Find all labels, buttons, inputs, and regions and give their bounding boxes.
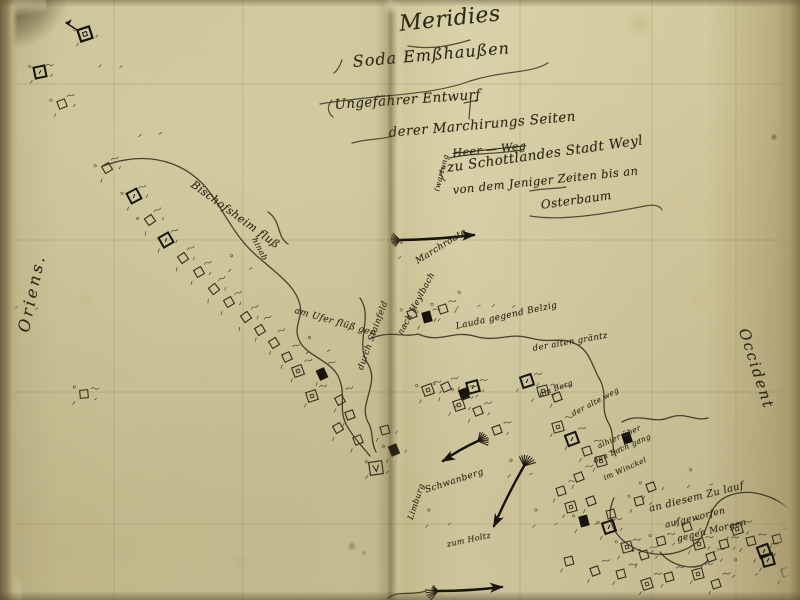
manuscript-map-photo: Meridies Oriens. Occident Soda Emßhaußen… — [0, 0, 800, 600]
map-annotation: der alten gräntz — [532, 331, 609, 354]
title-line-osterbaum: Osterbaum — [540, 188, 612, 212]
paper-edge-left — [0, 0, 18, 600]
map-annotation: der alte weg — [570, 385, 620, 418]
title-line-entwurf: Ungefährer Entwurf — [334, 87, 481, 113]
paper-edge-top — [0, 0, 800, 7]
paper-edge-right — [776, 0, 800, 600]
compass-label-west: Occident — [735, 326, 778, 412]
map-annotation: am Ufer flüß gen — [293, 306, 377, 339]
page-fold-gutter — [376, 0, 404, 600]
map-annotation: Limburg — [406, 482, 426, 520]
title-line-marchirungs: derer Marchirungs Seiten — [388, 109, 576, 141]
map-annotation: Lauda gegend Belzig — [455, 300, 558, 331]
map-annotation: am Berg — [538, 378, 574, 398]
map-annotation: an diesem Zu lauf — [648, 480, 745, 514]
compass-label-east: Oriens. — [14, 252, 49, 334]
map-annotation: Bischofsheim fluß — [188, 178, 282, 251]
map-annotation: zum Holtz — [446, 531, 492, 549]
map-annotation: Marchroute — [414, 227, 469, 266]
paper-edge-bottom — [0, 591, 800, 600]
map-annotation: Schwanberg — [424, 467, 485, 495]
